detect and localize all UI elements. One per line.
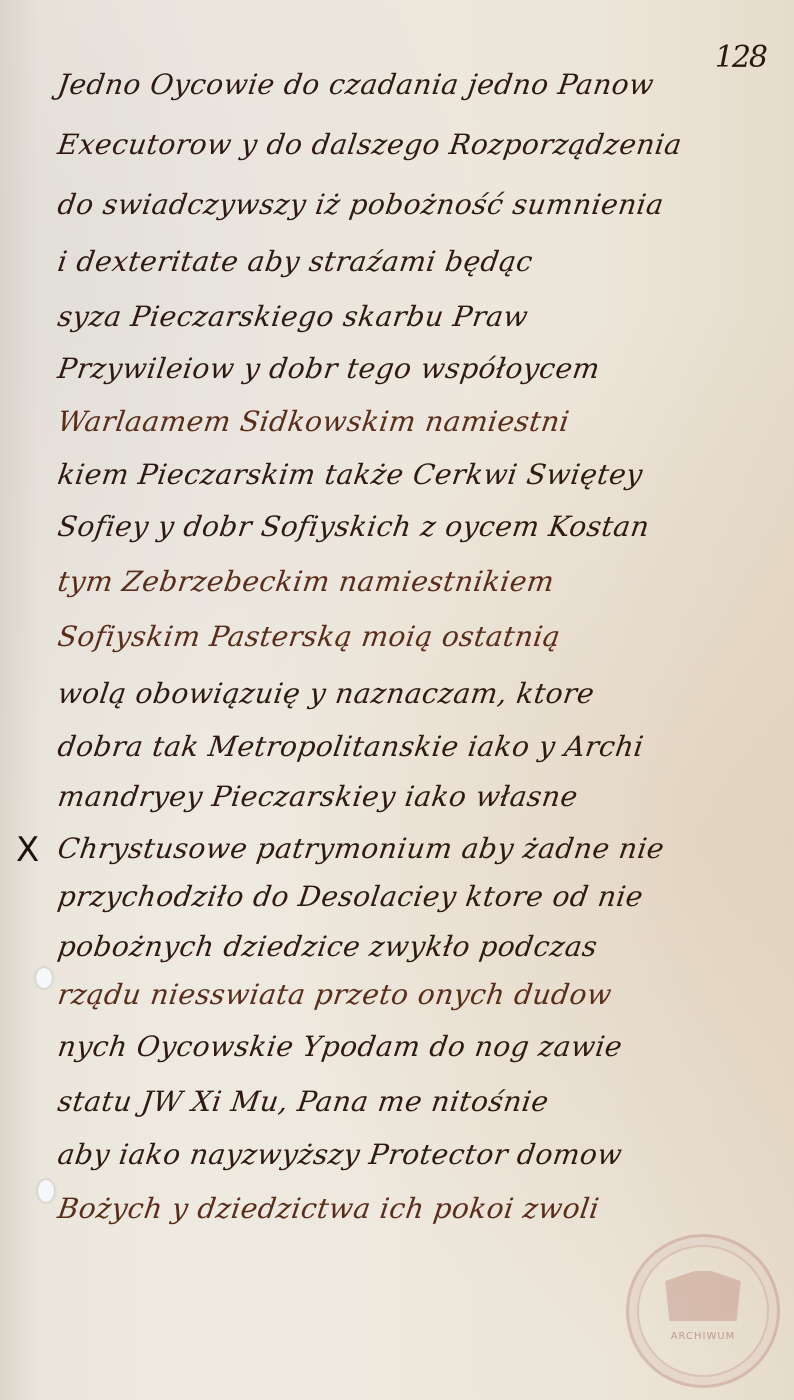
stamp-emblem-icon [661,1271,745,1321]
text-line-19: nych Oycowskie Ypodam do nog zawie [56,1030,625,1063]
text-line-18: rządu niesswiata przeto onych dudow [56,978,614,1011]
text-line-8: kiem Pieczarskim także Cerkwi Swiętey [56,458,645,491]
manuscript-page: 128 X Jedno Oycowie do czadania jedno Pa… [0,0,794,1400]
archive-stamp: ARCHIWUM [626,1234,780,1388]
text-line-17: pobożnych dziedzice zwykło podczas [56,930,600,963]
text-line-12: wolą obowiązuię y naznaczam, ktore [56,677,597,710]
text-line-16: przychodziło do Desolaciey ktore od nie [56,880,646,913]
binding-hole [38,1180,54,1202]
text-line-1: Jedno Oycowie do czadania jedno Panow [56,68,656,101]
text-line-5: syza Pieczarskiego skarbu Praw [56,300,531,333]
text-line-20: statu JW Xi Mu, Pana me nitośnie [56,1085,551,1118]
text-line-15: Chrystusowe patrymonium aby żadne nie [56,832,667,865]
stamp-text: ARCHIWUM [629,1331,777,1342]
text-line-11: Sofiyskim Pasterską moią ostatnią [56,620,563,653]
text-line-10: tym Zebrzebeckim namiestnikiem [56,565,557,598]
text-line-4: i dexteritate aby straźami będąc [56,245,535,278]
text-line-21: aby iako nayzwyższy Protector domow [56,1138,625,1171]
marginal-mark: X [16,830,39,870]
text-line-3: do swiadczywszy iż pobożność sumnienia [56,188,666,221]
text-line-22: Bożych y dziedzictwa ich pokoi zwoli [56,1192,602,1225]
text-line-2: Executorow y do dalszego Rozporządzenia [56,128,684,161]
text-line-14: mandryey Pieczarskiey iako własne [56,780,580,813]
text-line-6: Przywileiow y dobr tego współoycem [56,352,602,385]
folio-number: 128 [715,40,766,75]
text-line-13: dobra tak Metropolitanskie iako y Archi [56,730,646,763]
text-line-9: Sofiey y dobr Sofiyskich z oycem Kostan [56,510,652,543]
text-line-7: Warlaamem Sidkowskim namiestni [56,405,572,438]
binding-hole [36,968,52,988]
